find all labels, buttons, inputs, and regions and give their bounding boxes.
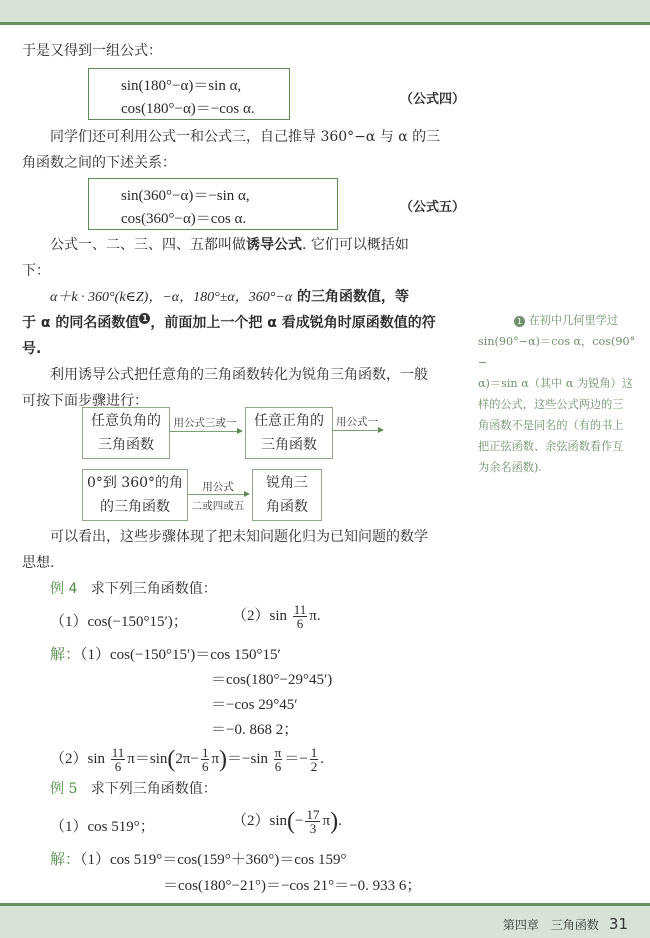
flow-box3-line2: 的三角函数: [83, 495, 187, 519]
para1-line2: 角函数之间的下述关系：: [22, 150, 176, 177]
numerator: 1: [310, 746, 319, 760]
fraction: 12: [310, 746, 319, 773]
para4-line1: 可以看出，这些步骤体现了把未知问题化归为已知问题的数学: [50, 524, 428, 551]
page-number: 31: [609, 915, 628, 933]
sidenote-line5: 角函数不是同名的（有的书上: [478, 415, 638, 436]
s2-mid5: ＝−: [284, 751, 307, 767]
formula-box-4: sin(180°−α)＝sin α, cos(180°−α)＝−cos α.: [88, 68, 290, 120]
sidenote-line6: 把正弦函数、余弦函数看作互: [478, 436, 638, 457]
summary-line3: 号.: [22, 336, 41, 363]
fraction: 16: [201, 746, 210, 773]
summary-bold-3: ，前面加上一个把 α 看成锐角时原函数值的符: [150, 315, 435, 331]
flow-box1-line1: 任意负角的: [83, 409, 169, 433]
flow-box2-line2: 三角函数: [246, 433, 332, 457]
para2-line2: 下：: [22, 258, 50, 285]
fraction: 173: [305, 808, 320, 835]
flow-box4-line1: 锐角三: [253, 471, 321, 495]
example5-solution-line1: 解：（1）cos 519°＝cos(159°＋360°)＝cos 159°: [50, 848, 347, 869]
para2-line1: 公式一、二、三、四、五都叫做诱导公式. 它们可以概括如: [50, 232, 409, 259]
example4-solution-line1: 解：（1）cos(−150°15′)＝cos 150°15′: [50, 643, 281, 664]
flow-arrow-1-icon: [169, 431, 241, 432]
formula-box-5: sin(360°−α)＝−sin α, cos(360°−α)＝cos α.: [88, 178, 338, 230]
flow-box4-line2: 角函数: [253, 495, 321, 519]
page-header-band: [0, 0, 650, 25]
example5-q2-end: .: [338, 813, 342, 829]
flow-box3-line1: 0°到 360°的角: [83, 471, 187, 495]
formula5-line1: sin(360°−α)＝−sin α,: [121, 184, 250, 205]
flow-box-positive-angle: 任意正角的 三角函数: [245, 407, 333, 459]
sidenote-line1: 1 在初中几何里学过: [478, 310, 638, 331]
fraction: 116: [293, 603, 308, 630]
sidenote-line4: 样的公式，这些公式两边的三: [478, 394, 638, 415]
example5-s1-line1: （1）cos 519°＝cos(159°＋360°)＝cos 159°: [80, 852, 346, 868]
formula5-line2: cos(360°−α)＝cos α.: [121, 207, 246, 228]
formula4-line1: sin(180°−α)＝sin α,: [121, 74, 241, 95]
example4-q2-pi: π.: [309, 608, 320, 624]
flow-box2-line1: 任意正角的: [246, 409, 332, 433]
example5-prompt: 求下列三角函数值：: [91, 781, 217, 797]
para1-line1: 同学们还可利用公式一和公式三，自己推导 360°−α 与 α 的三: [50, 124, 440, 151]
summary-bold-1: 的三角函数值，等: [292, 289, 409, 305]
footnote-marker-icon: 1: [514, 316, 525, 327]
example4-s1-line1: （1）cos(−150°15′)＝cos 150°15′: [80, 647, 281, 663]
sidenote-line2: sin(90°−α)＝cos α，cos(90°−: [478, 331, 638, 373]
page-footer-band: 第四章 三角函数31: [0, 903, 650, 938]
flow-arrow3-label-top: 用公式: [188, 479, 248, 494]
example5-label: 例 5: [50, 781, 77, 797]
solution-label: 解：: [50, 645, 80, 663]
sidenote: 1 在初中几何里学过 sin(90°−α)＝cos α，cos(90°− α)＝…: [478, 310, 638, 478]
formula5-tag: （公式五）: [400, 196, 465, 215]
numerator: 17: [305, 808, 320, 822]
flow-arrow-3-icon: [188, 494, 248, 495]
intro-text: 于是又得到一组公式：: [22, 38, 162, 65]
s2-mid1: π＝sin: [127, 751, 167, 767]
denominator: 3: [305, 822, 320, 835]
para2-text-post: . 它们可以概括如: [302, 237, 409, 253]
page-footer: 第四章 三角函数31: [503, 915, 628, 933]
denominator: 2: [310, 760, 319, 773]
numerator: 11: [111, 746, 126, 760]
sidenote-line3: α)＝sin α（其中 α 为锐角）这: [478, 373, 638, 394]
example5-q2-pi: π: [322, 813, 330, 829]
example5-header: 例 5 求下列三角函数值：: [50, 776, 217, 803]
summary-line2: 于 α 的同名函数值1，前面加上一个把 α 看成锐角时原函数值的符: [22, 310, 436, 337]
example4-q2-sin: （2）sin: [232, 608, 287, 624]
chapter-title: 第四章 三角函数: [503, 918, 599, 932]
numerator: π: [274, 746, 283, 760]
fraction: 116: [111, 746, 126, 773]
s2-pre: （2）sin: [50, 751, 105, 767]
numerator: 11: [293, 603, 308, 617]
example5-q2-neg: −: [295, 813, 303, 829]
formula4-line2: cos(180°−α)＝−cos α.: [121, 97, 255, 118]
example4-s1-line2: ＝cos(180°−29°45′): [211, 668, 332, 689]
s2-mid4: ＝−sin: [227, 751, 268, 767]
summary-line1: α＋k · 360°(k∈Z)，−α，180°±α，360°−α 的三角函数值，…: [50, 284, 409, 311]
denominator: 6: [111, 760, 126, 773]
formula4-tag: （公式四）: [400, 88, 465, 107]
flow-box-0-360-angle: 0°到 360°的角 的三角函数: [82, 469, 188, 521]
example4-s1-line3: ＝−cos 29°45′: [211, 693, 298, 714]
summary-bold-2: 于 α 的同名函数值: [22, 315, 139, 331]
example4-s1-line4: ＝−0. 868 2；: [211, 718, 298, 739]
flow-arrow-2-icon: [332, 430, 382, 431]
footnote-marker-icon: 1: [139, 313, 150, 324]
s2-end: .: [320, 751, 324, 767]
para3-line1: 利用诱导公式把任意角的三角函数转化为锐角三角函数，一般: [50, 362, 428, 389]
para2-text: 公式一、二、三、四、五都叫做: [50, 237, 246, 253]
flow-arrow1-label: 用公式三或一: [169, 415, 241, 430]
s2-mid3: π: [211, 751, 219, 767]
example5-s1-line2: ＝cos(180°−21°)＝−cos 21°＝−0. 933 6；: [163, 874, 421, 895]
summary-angles: α＋k · 360°(k∈Z)，−α，180°±α，360°−α: [50, 290, 292, 305]
denominator: 6: [201, 760, 210, 773]
example5-q1: （1）cos 519°；: [50, 815, 155, 836]
flow-box-acute-angle: 锐角三 角函数: [252, 469, 322, 521]
s2-mid2: 2π−: [175, 751, 199, 767]
example4-solution-2: （2）sin 116π＝sin(2π−16π)＝−sin π6＝−12.: [50, 746, 324, 773]
flow-box-negative-angle: 任意负角的 三角函数: [82, 407, 170, 459]
example4-label: 例 4: [50, 581, 77, 597]
denominator: 6: [293, 617, 308, 630]
term-induction-formula: 诱导公式: [246, 237, 302, 253]
numerator: 1: [201, 746, 210, 760]
sidenote-line7: 为余名函数).: [478, 457, 638, 478]
example4-header: 例 4 求下列三角函数值：: [50, 576, 217, 603]
para4-line2: 思想.: [22, 550, 54, 577]
example4-prompt: 求下列三角函数值：: [91, 581, 217, 597]
example4-q2: （2）sin 116π.: [232, 603, 321, 630]
example5-q2-sin: （2）sin: [232, 813, 287, 829]
example5-q2: （2）sin(−173π).: [232, 808, 342, 835]
flow-arrow3-label-bottom: 二或四或五: [188, 498, 248, 513]
sidenote-text1: 在初中几何里学过: [529, 314, 619, 327]
flow-arrow2-label: 用公式一: [332, 414, 382, 429]
denominator: 6: [274, 760, 283, 773]
example4-q1: （1）cos(−150°15′)；: [50, 610, 188, 631]
flow-box1-line2: 三角函数: [83, 433, 169, 457]
fraction: π6: [274, 746, 283, 773]
solution-label: 解：: [50, 850, 80, 868]
